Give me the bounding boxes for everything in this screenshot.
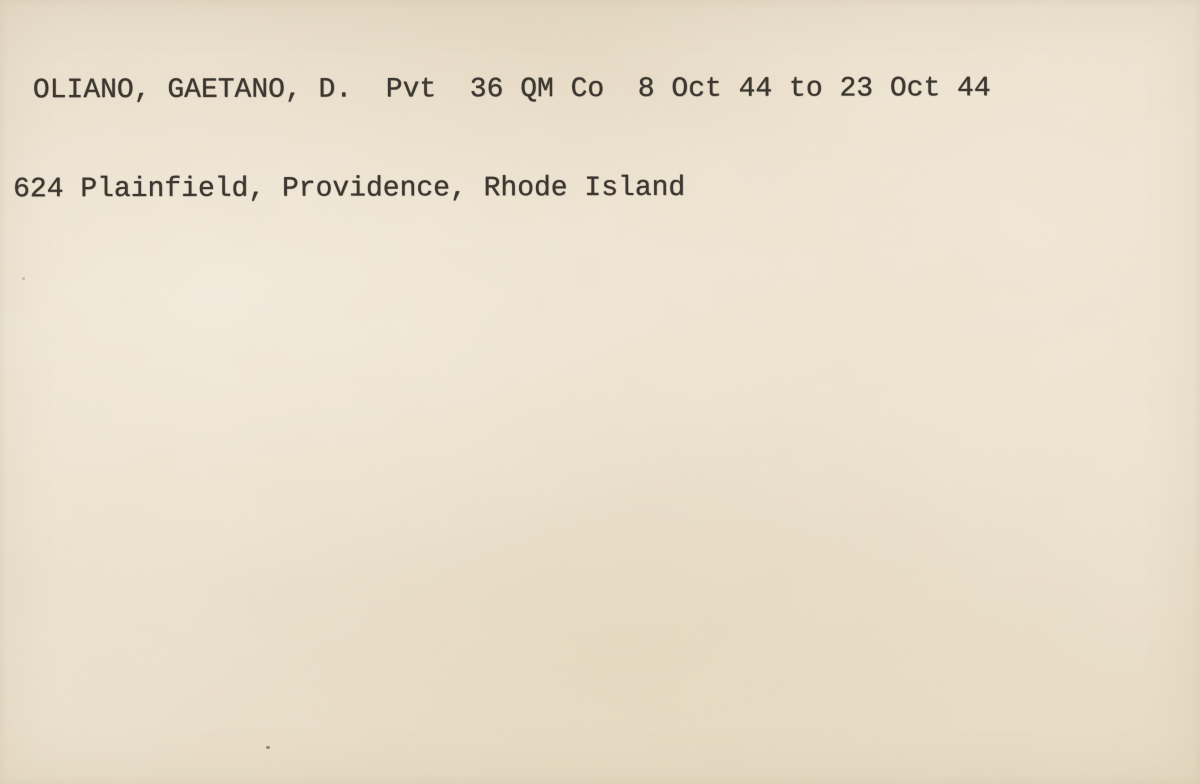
paper-speck — [22, 277, 25, 280]
typed-line-name-service: OLIANO, GAETANO, D. Pvt 36 QM Co 8 Oct 4… — [33, 72, 1200, 107]
index-card: OLIANO, GAETANO, D. Pvt 36 QM Co 8 Oct 4… — [0, 0, 1200, 784]
paper-speck — [266, 746, 270, 749]
typed-line-address: 624 Plainfield, Providence, Rhode Island — [13, 171, 1200, 206]
typed-text-block: OLIANO, GAETANO, D. Pvt 36 QM Co 8 Oct 4… — [0, 6, 1200, 273]
